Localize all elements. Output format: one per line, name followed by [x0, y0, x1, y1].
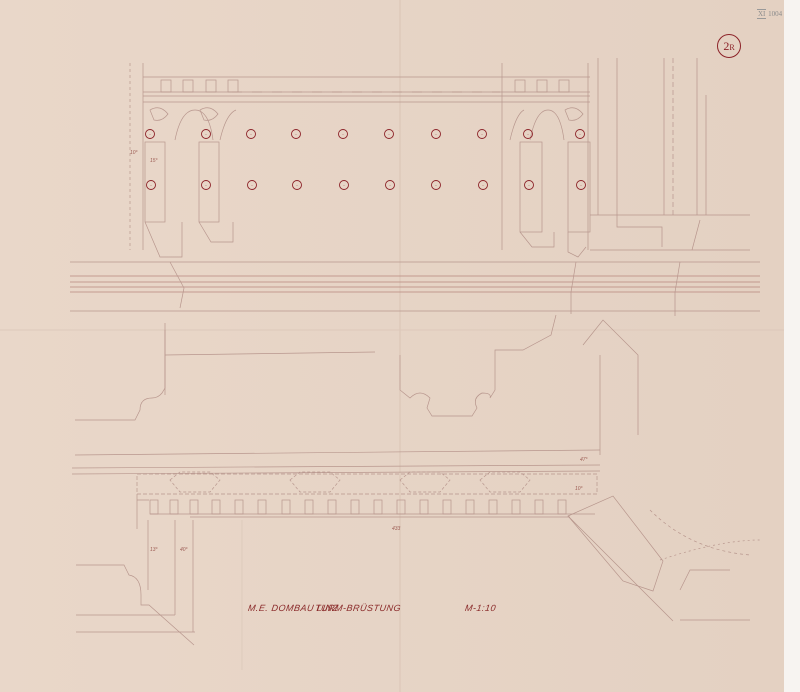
svg-text:··: ··: [435, 133, 437, 137]
dimension-label: 47°: [580, 457, 588, 463]
archive-number: 1004: [768, 10, 782, 18]
svg-text:··: ··: [481, 133, 483, 137]
svg-text:··: ··: [388, 133, 390, 137]
svg-text:··: ··: [580, 184, 582, 188]
svg-text:··: ··: [389, 184, 391, 188]
dimension-label: 40°: [180, 547, 188, 553]
dimension-label: 10°: [130, 150, 138, 156]
total-dimension: 433: [392, 526, 400, 532]
svg-text:··: ··: [150, 184, 152, 188]
sheet-suffix: R: [729, 43, 734, 52]
dimension-label: 13°: [150, 547, 158, 553]
svg-text:··: ··: [149, 133, 151, 137]
sheet-number-stamp: 2R: [717, 34, 741, 58]
svg-text:··: ··: [343, 184, 345, 188]
dimension-label: 15°: [150, 158, 158, 164]
archive-roman: XI: [757, 9, 766, 19]
svg-text:··: ··: [527, 133, 529, 137]
drawing-subject-title: TURM-BRÜSTUNG: [314, 603, 401, 613]
archive-mark: XI 1004: [757, 10, 782, 18]
architectural-drawing: ······ ······ ······ ·· ······ ······ ··…: [0, 0, 800, 692]
svg-text:··: ··: [579, 133, 581, 137]
svg-text:··: ··: [435, 184, 437, 188]
svg-text:··: ··: [295, 133, 297, 137]
svg-text:··: ··: [342, 133, 344, 137]
svg-text:··: ··: [251, 184, 253, 188]
svg-text:··: ··: [250, 133, 252, 137]
position-markers: [146, 130, 586, 190]
svg-text:··: ··: [205, 133, 207, 137]
dimension-label: 10°: [575, 486, 583, 492]
drawing-scale: M-1:10: [464, 603, 496, 613]
svg-text:··: ··: [296, 184, 298, 188]
svg-text:··: ··: [205, 184, 207, 188]
svg-text:··: ··: [482, 184, 484, 188]
svg-text:··: ··: [528, 184, 530, 188]
